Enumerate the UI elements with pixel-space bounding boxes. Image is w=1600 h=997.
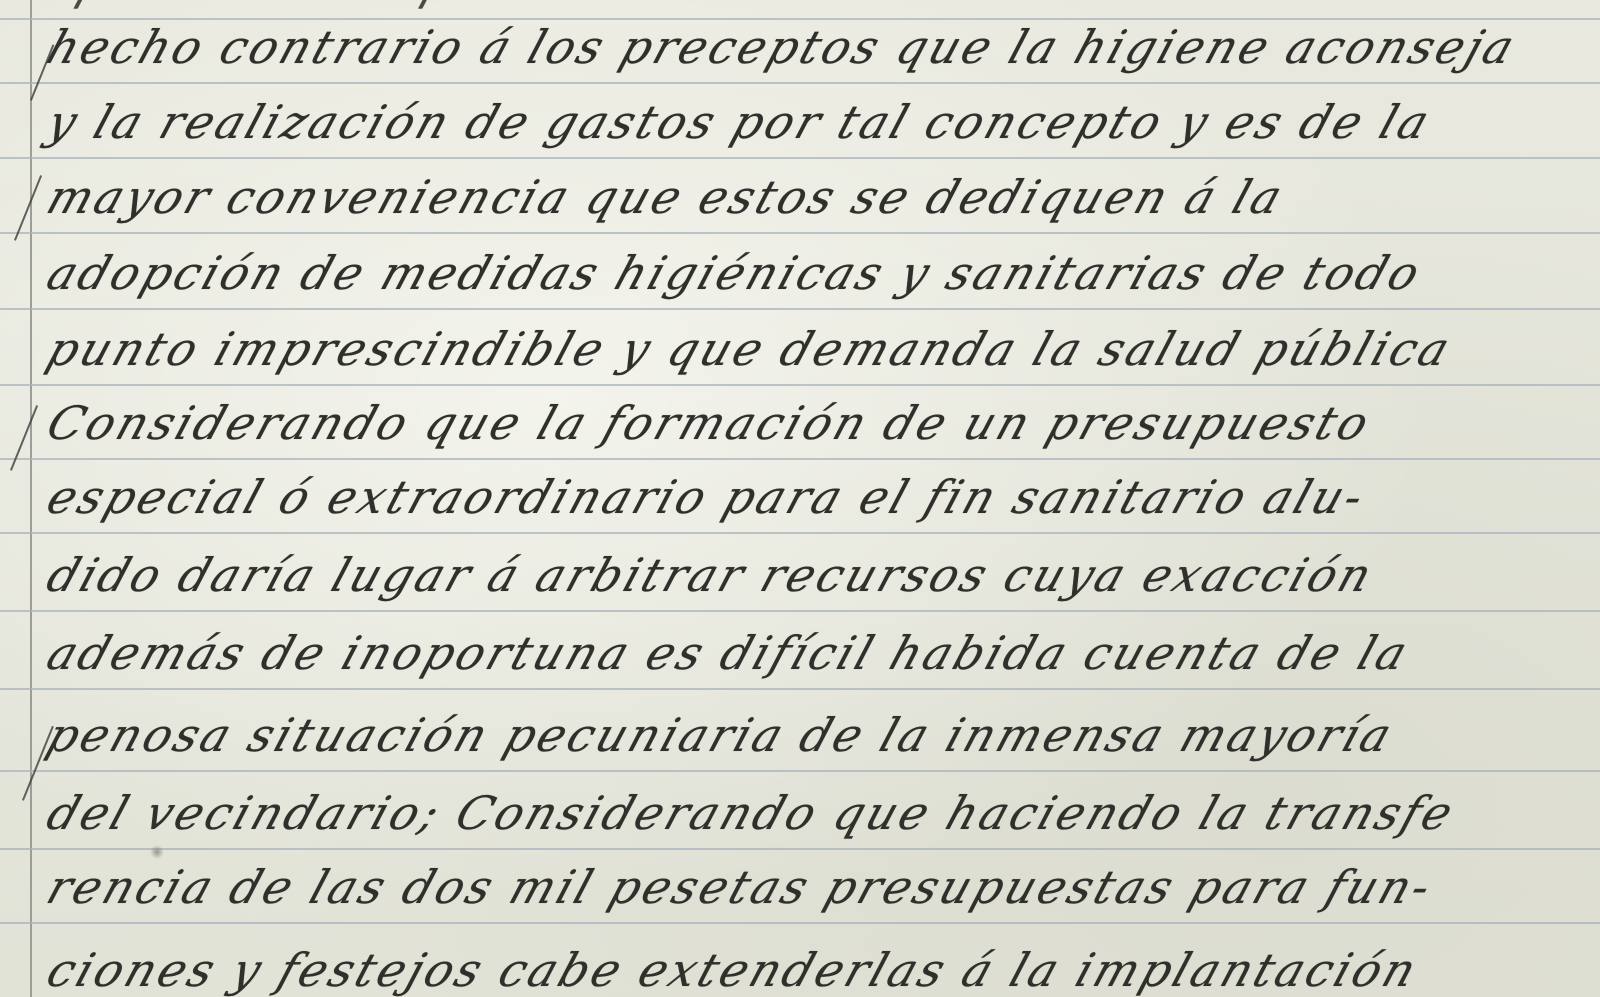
ruled-line [0, 308, 1600, 310]
handwritten-line-5: punto imprescindible y que demanda la sa… [38, 314, 1462, 384]
handwritten-line-6: Considerando que la formación de un pres… [38, 388, 1381, 458]
ruled-line [0, 610, 1600, 612]
ruled-line [0, 384, 1600, 386]
handwritten-line-1: hecho contrario á los preceptos que la h… [38, 12, 1526, 82]
ruled-line [0, 232, 1600, 234]
handwritten-line-7: especial ó extraordinario para el fin sa… [38, 462, 1376, 532]
ink-blot [150, 845, 164, 859]
handwritten-line-10: penosa situación pecuniaria de la inmens… [38, 700, 1404, 770]
handwritten-line-4: adopción de medidas higiénicas y sanitar… [38, 238, 1432, 308]
ruled-line [0, 848, 1600, 850]
handwritten-line-12: rencia de las dos mil pesetas presupuest… [38, 852, 1443, 922]
ruled-line [0, 157, 1600, 159]
ruled-line [0, 532, 1600, 534]
manuscript-page: apareceri su aproximación ... hecho cont… [0, 0, 1600, 997]
ruled-line [0, 82, 1600, 84]
handwritten-line-2: y la realización de gastos por tal conce… [38, 87, 1441, 157]
handwritten-line-3: mayor conveniencia que estos se dediquen… [38, 162, 1294, 232]
handwritten-line-11: del vecindario; Considerando que haciend… [38, 778, 1465, 848]
handwritten-line-13: ciones y festejos cabe extenderlas á la … [38, 935, 1428, 997]
ruled-line [0, 688, 1600, 690]
ruled-line [0, 458, 1600, 460]
handwritten-line-8: dido daría lugar á arbitrar recursos cuy… [38, 540, 1384, 610]
ruled-line [0, 770, 1600, 772]
ruled-line [0, 922, 1600, 924]
pen-stroke [10, 405, 38, 470]
handwritten-line-9: además de inoportuna es difícil habida c… [38, 618, 1419, 688]
